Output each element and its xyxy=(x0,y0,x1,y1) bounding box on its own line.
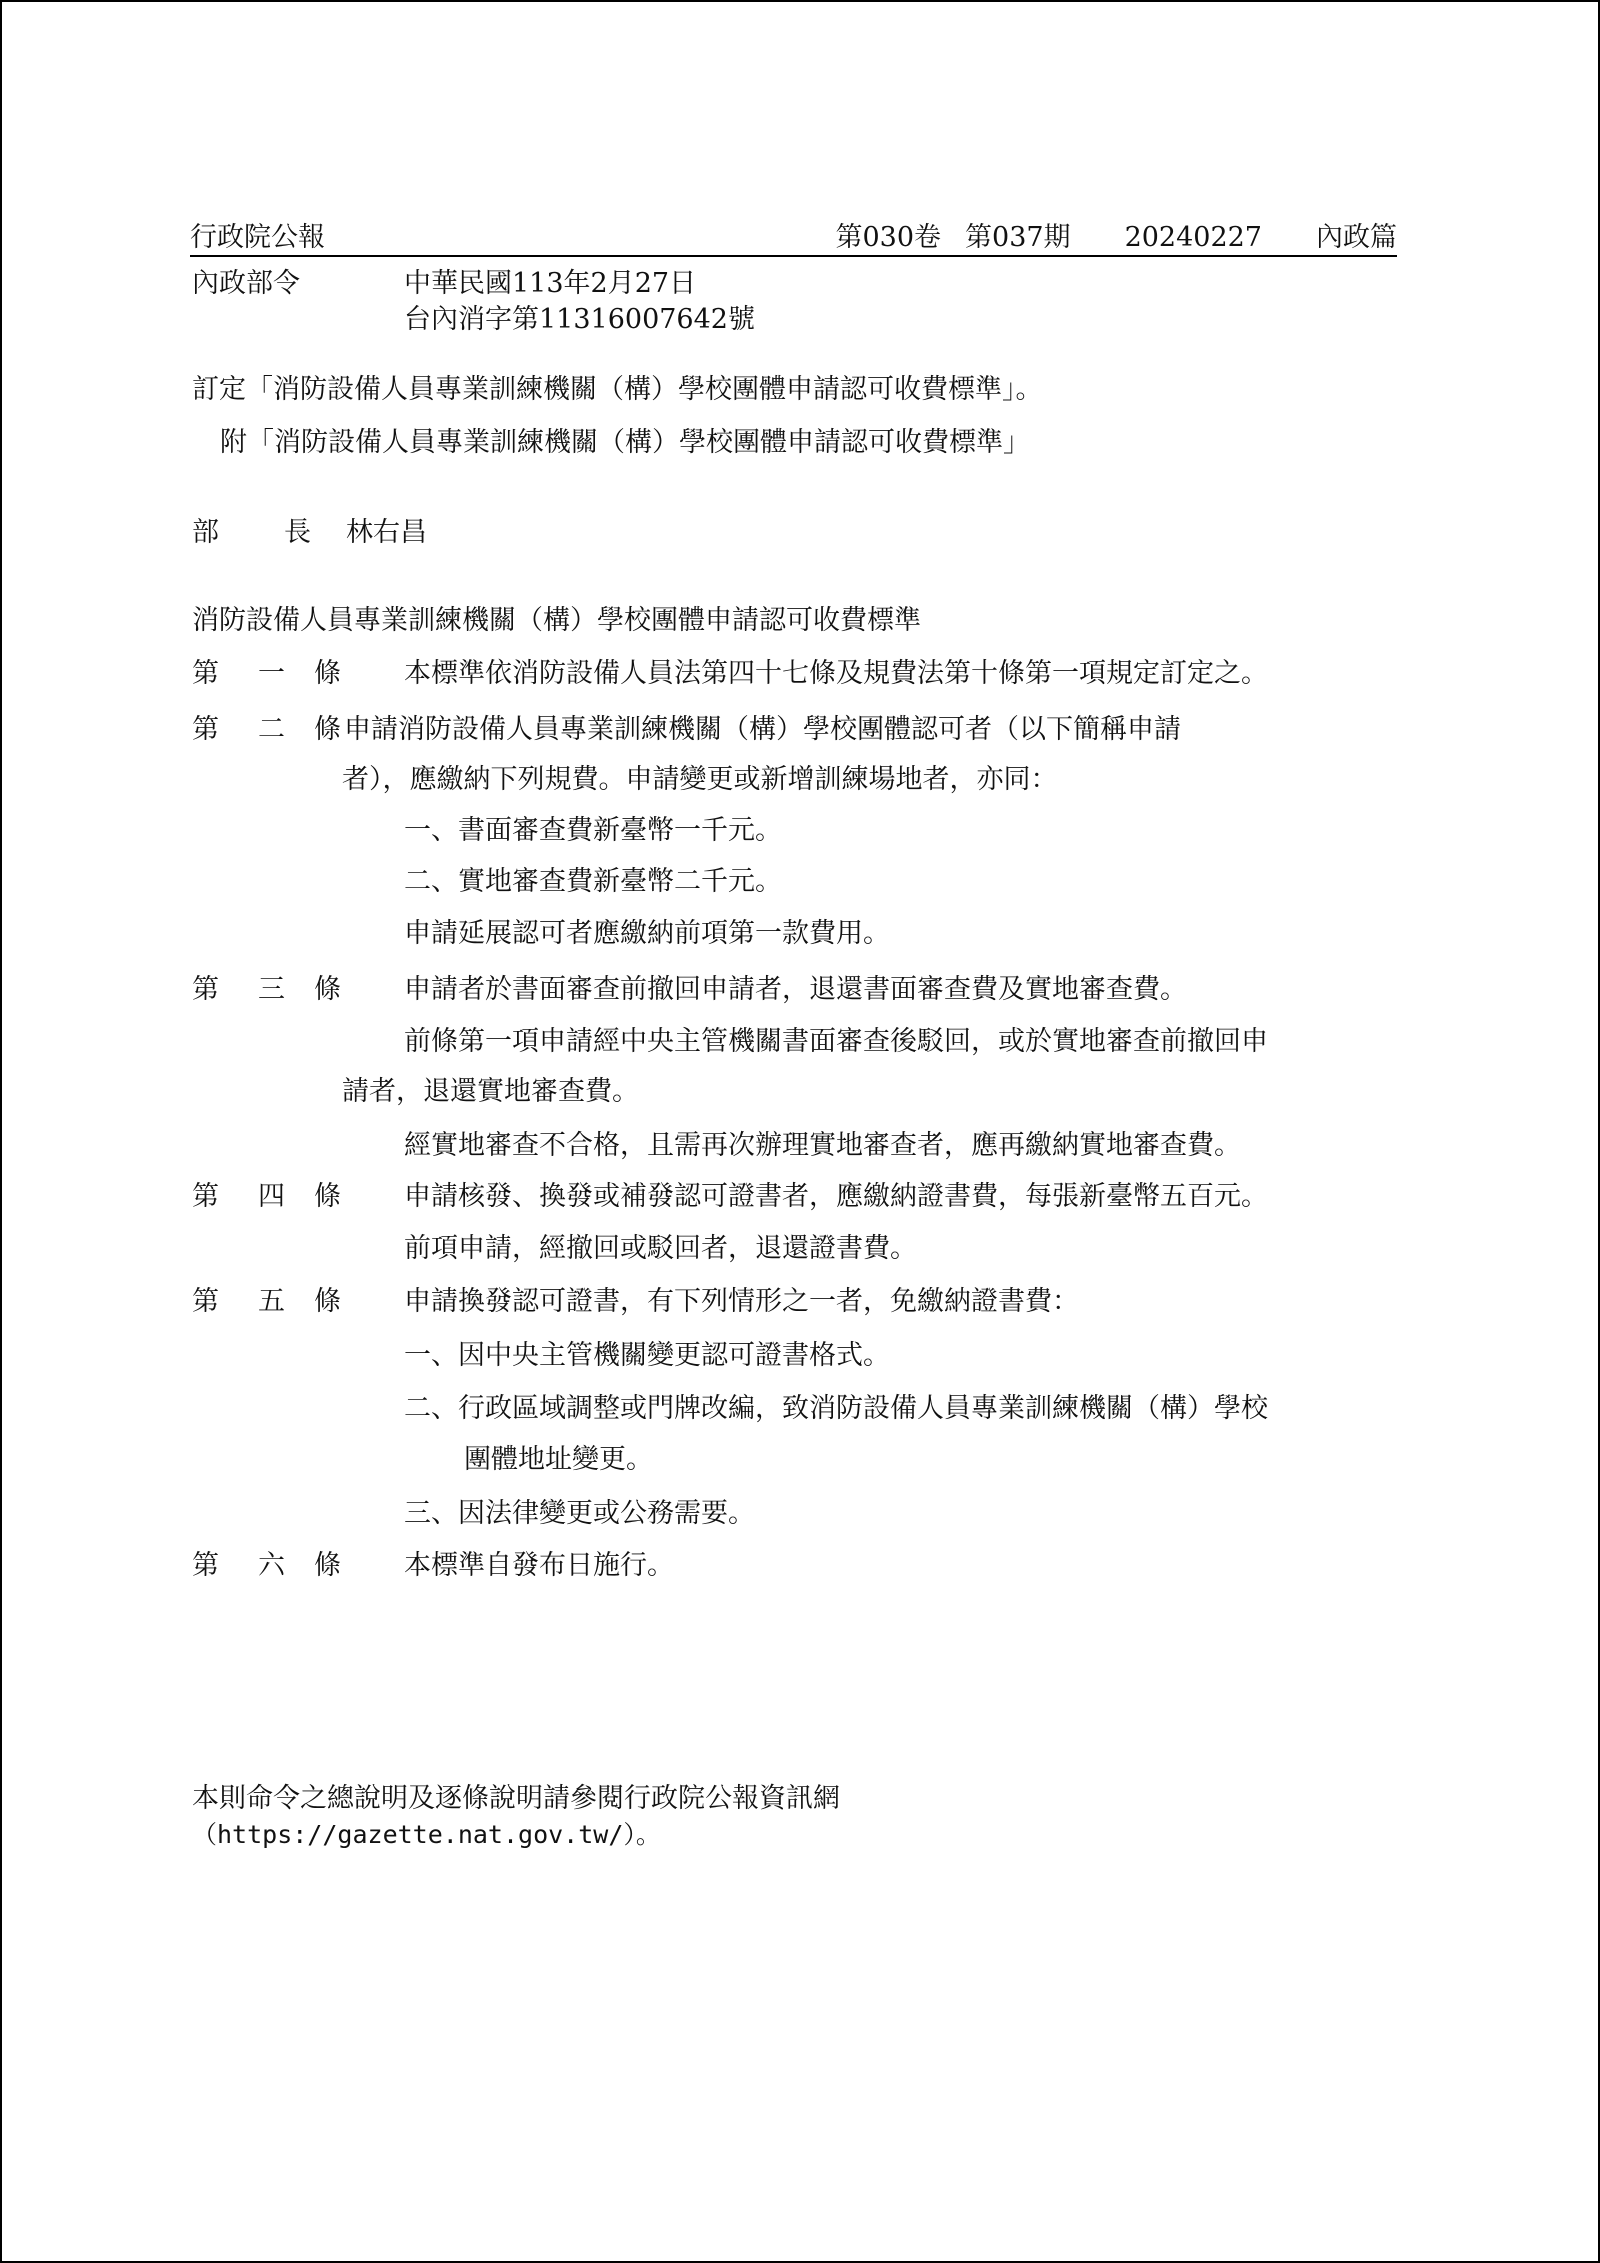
issue-date: 20240227 xyxy=(1125,224,1262,251)
order-number: 台內消字第11316007642號 xyxy=(404,306,755,333)
article-2-item: 一、書面審查費新臺幣一千元。 xyxy=(404,817,782,844)
article-4-line: 申請核發、換發或補發認可證書者，應繳納證書費，每張新臺幣五百元。 xyxy=(404,1183,1268,1210)
decree-attachment: 附「消防設備人員專業訓練機關（構）學校團體申請認可收費標準」 xyxy=(220,429,1030,456)
article-2-line: 申請延展認可者應繳納前項第一款費用。 xyxy=(404,920,890,947)
minister-title-part1: 部 xyxy=(192,519,219,546)
article-5-label: 第 五 條 xyxy=(192,1288,354,1315)
order-issuer: 內政部令 xyxy=(192,270,300,297)
article-4-label: 第 四 條 xyxy=(192,1183,354,1210)
decree-statement: 訂定「消防設備人員專業訓練機關（構）學校團體申請認可收費標準」。 xyxy=(192,376,1043,403)
article-2-line: 者），應繳納下列規費。申請變更或新增訓練場地者，亦同： xyxy=(342,766,1058,793)
article-3-line: 申請者於書面審查前撤回申請者，退還書面審查費及實地審查費。 xyxy=(404,976,1187,1003)
article-5-item: 一、因中央主管機關變更認可證書格式。 xyxy=(404,1342,890,1369)
article-5-item: 二、行政區域調整或門牌改編，致消防設備人員專業訓練機關（構）學校 xyxy=(404,1395,1268,1422)
article-3-line: 前條第一項申請經中央主管機關書面審查後駁回，或於實地審查前撤回申 xyxy=(404,1028,1268,1055)
article-6-text: 本標準自發布日施行。 xyxy=(404,1552,674,1579)
footnote-text: 本則命令之總說明及逐條說明請參閱行政院公報資訊網 xyxy=(192,1785,840,1812)
gazette-header: 行政院公報 第030卷 第037期 20240227 內政篇 xyxy=(190,224,1397,256)
minister-name: 林右昌 xyxy=(346,519,427,546)
volume-number: 第030卷 xyxy=(835,224,941,251)
minister-title-part2: 長 xyxy=(284,519,311,546)
article-6-label: 第 六 條 xyxy=(192,1552,354,1579)
article-2-item: 二、實地審查費新臺幣二千元。 xyxy=(404,868,782,895)
section-name: 內政篇 xyxy=(1316,224,1397,251)
article-4-line: 前項申請，經撤回或駁回者，退還證書費。 xyxy=(404,1235,917,1262)
standard-title: 消防設備人員專業訓練機關（構）學校團體申請認可收費標準 xyxy=(192,607,921,634)
article-1-label: 第 一 條 xyxy=(192,660,354,687)
publication-name: 行政院公報 xyxy=(190,224,325,251)
article-2-line: 申請消防設備人員專業訓練機關（構）學校團體認可者（以下簡稱申請 xyxy=(344,716,1181,743)
article-5-item-continued: 團體地址變更。 xyxy=(464,1446,653,1473)
article-5-line: 申請換發認可證書，有下列情形之一者，免繳納證書費： xyxy=(404,1288,1079,1315)
article-3-line: 請者，退還實地審查費。 xyxy=(342,1078,639,1105)
issue-number: 第037期 xyxy=(965,224,1071,251)
article-2-label: 第 二 條 xyxy=(192,716,354,743)
footnote-link[interactable]: （https://gazette.nat.gov.tw/）。 xyxy=(192,1822,661,1847)
article-3-label: 第 三 條 xyxy=(192,976,354,1003)
article-3-line: 經實地審查不合格，且需再次辦理實地審查者，應再繳納實地審查費。 xyxy=(404,1132,1241,1159)
order-date: 中華民國113年2月27日 xyxy=(404,270,696,297)
header-divider xyxy=(190,255,1397,257)
article-5-item: 三、因法律變更或公務需要。 xyxy=(404,1500,755,1527)
article-1-text: 本標準依消防設備人員法第四十七條及規費法第十條第一項規定訂定之。 xyxy=(404,660,1268,687)
